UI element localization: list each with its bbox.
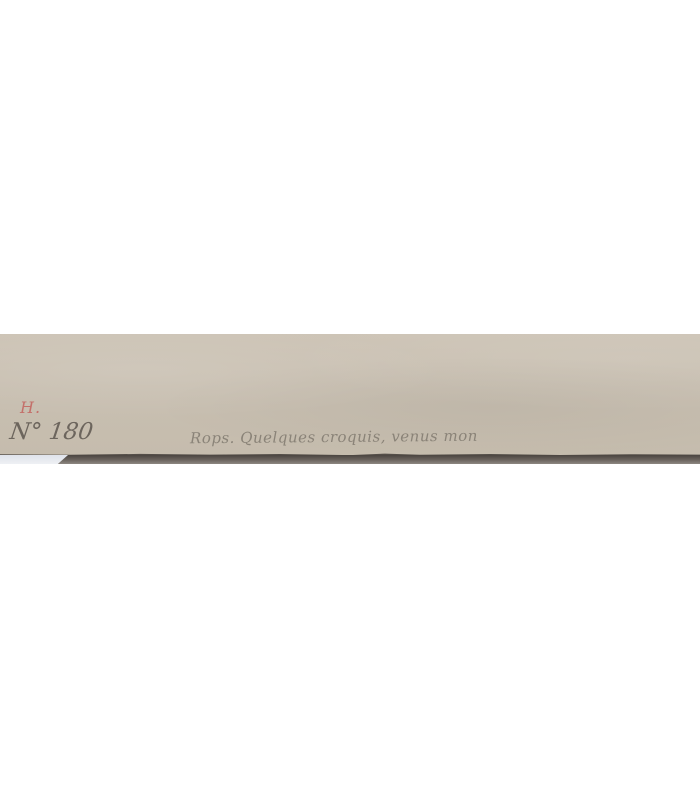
catalog-number: N° 180	[8, 419, 94, 445]
paper-shadow	[0, 455, 700, 464]
handwritten-caption: Rops. Quelques croquis, venus mon	[190, 427, 478, 448]
shadow-highlight	[0, 455, 68, 464]
red-letter-mark: H.	[20, 398, 41, 417]
